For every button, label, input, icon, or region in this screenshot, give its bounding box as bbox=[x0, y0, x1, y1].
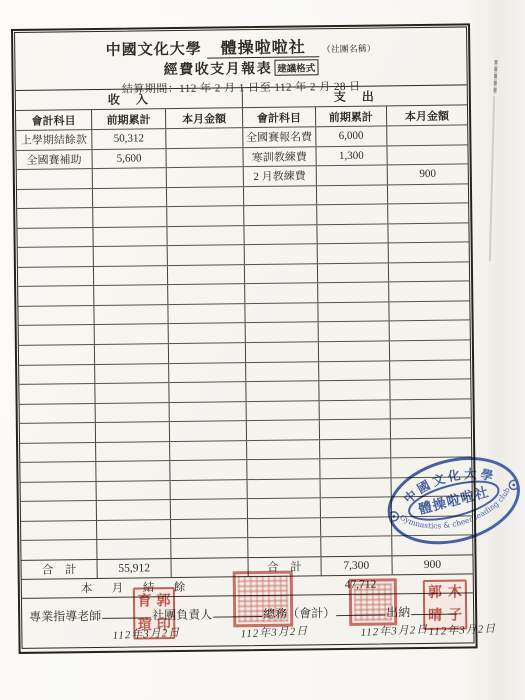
table-cell: 寒訓教練費 bbox=[242, 147, 315, 166]
table-cell bbox=[169, 421, 246, 440]
table-cell bbox=[169, 402, 246, 421]
table-cell bbox=[390, 419, 472, 439]
table-cell bbox=[167, 285, 244, 304]
table-cell bbox=[170, 500, 247, 519]
table-cell bbox=[389, 380, 471, 400]
table-cell bbox=[245, 342, 318, 361]
table-cell bbox=[317, 322, 388, 341]
table-cell bbox=[317, 283, 388, 302]
table-cell bbox=[388, 321, 470, 341]
table-cell bbox=[319, 420, 390, 439]
table-cell bbox=[316, 205, 387, 224]
expense-section-header: 支 出 bbox=[242, 85, 467, 107]
table-cell bbox=[246, 460, 319, 479]
table-cell bbox=[316, 244, 387, 263]
table-cell bbox=[388, 262, 470, 282]
table-cell bbox=[94, 325, 168, 344]
table-cell bbox=[166, 187, 243, 206]
table-cell bbox=[389, 360, 471, 380]
table-cell bbox=[388, 301, 470, 321]
table-cell bbox=[387, 223, 469, 243]
seal-char: 瑄 bbox=[135, 617, 154, 634]
table-cell bbox=[94, 344, 168, 363]
table-cell bbox=[19, 325, 94, 344]
table-cell bbox=[166, 206, 243, 225]
table-cell bbox=[167, 304, 244, 323]
table-cell bbox=[246, 479, 319, 498]
table-cell bbox=[18, 247, 93, 266]
table-cell: 1,300 bbox=[315, 146, 386, 165]
table-cell bbox=[93, 305, 167, 324]
table-cell bbox=[245, 401, 318, 420]
table-cell bbox=[320, 537, 391, 556]
table-cell bbox=[166, 148, 243, 167]
table-cell bbox=[168, 343, 245, 362]
table-cell bbox=[19, 365, 94, 384]
table-cell: 上學期結餘款 bbox=[16, 130, 91, 149]
table-cell bbox=[243, 225, 316, 244]
table-cell bbox=[320, 517, 391, 536]
income-total-prev: 55,912 bbox=[96, 559, 170, 578]
table-cell bbox=[93, 285, 167, 304]
club-name-note: （社團名稱） bbox=[322, 44, 376, 55]
income-col-item: 會計科目 bbox=[16, 110, 91, 130]
table-cell: 900 bbox=[386, 165, 468, 185]
table-cell bbox=[317, 302, 388, 321]
expense-col-item: 會計科目 bbox=[242, 107, 315, 127]
table-cell bbox=[388, 282, 470, 302]
table-cell bbox=[245, 381, 318, 400]
table-cell bbox=[96, 520, 170, 539]
table-cell bbox=[95, 481, 169, 500]
leader-square-seal bbox=[233, 571, 294, 628]
table-cell bbox=[247, 518, 320, 537]
table-cell bbox=[315, 166, 386, 185]
seal-pattern bbox=[238, 576, 289, 623]
table-cell bbox=[18, 306, 93, 325]
table-cell: 2 月教練費 bbox=[243, 166, 316, 185]
table-cell bbox=[20, 423, 95, 442]
accountant-square-seal bbox=[349, 578, 398, 626]
table-cell bbox=[165, 128, 242, 147]
table-cell bbox=[247, 499, 320, 518]
table-cell bbox=[319, 439, 390, 458]
table-cell bbox=[95, 461, 169, 480]
table-cell bbox=[244, 264, 317, 283]
table-cell bbox=[169, 460, 246, 479]
table-cell bbox=[170, 480, 247, 499]
seal-char: 子 bbox=[445, 608, 465, 625]
club-name: 體操啦啦社 bbox=[208, 39, 319, 58]
table-cell bbox=[168, 363, 245, 382]
table-cell bbox=[245, 323, 318, 342]
seal-char: 晴 bbox=[425, 608, 445, 625]
advisor-label: 專業指導老師 bbox=[29, 607, 101, 625]
income-total-label: 合 計 bbox=[21, 560, 96, 579]
table-cell bbox=[17, 169, 92, 188]
table-cell bbox=[95, 422, 169, 441]
expense-col-month: 本月金額 bbox=[386, 105, 468, 125]
table-cell bbox=[246, 440, 319, 459]
table-cell bbox=[316, 224, 387, 243]
table-cell bbox=[245, 362, 318, 381]
seal-char: 木 bbox=[445, 585, 465, 602]
table-cell bbox=[167, 226, 244, 245]
table-cell bbox=[243, 186, 316, 205]
table-cell bbox=[246, 420, 319, 439]
income-section-header: 收 入 bbox=[16, 88, 242, 110]
table-cell bbox=[17, 228, 92, 247]
table-cell bbox=[20, 443, 95, 462]
table-cell bbox=[387, 204, 469, 224]
seal-char: 郭 bbox=[154, 593, 173, 610]
table-cell bbox=[94, 383, 168, 402]
cashier-name-seal: 郭 木 晴 子 bbox=[423, 579, 468, 630]
table-cell bbox=[318, 400, 389, 419]
table-cell bbox=[167, 245, 244, 264]
table-cell bbox=[244, 303, 317, 322]
table-cell bbox=[17, 208, 92, 227]
table-cell bbox=[20, 404, 95, 423]
table-cell bbox=[386, 145, 468, 165]
table-cell bbox=[317, 263, 388, 282]
seal-char: 印 bbox=[154, 617, 173, 634]
seal-char: 育 bbox=[135, 593, 154, 610]
expense-col-prev: 前期累計 bbox=[315, 106, 386, 126]
table-cell bbox=[21, 501, 96, 520]
table-cell bbox=[170, 539, 247, 558]
expense-total-prev: 7,300 bbox=[320, 556, 391, 575]
advisor-name-seal: 育 郭 瑄 印 bbox=[133, 587, 176, 640]
table-cell bbox=[168, 324, 245, 343]
table-cell bbox=[387, 243, 469, 263]
table-cell bbox=[93, 246, 167, 265]
table-cell bbox=[243, 205, 316, 224]
form-header: 中國文化大學體操啦啦社（社團名稱） 經費收支月報表建議格式 結算期間：112 年… bbox=[15, 27, 467, 91]
table-cell bbox=[17, 189, 92, 208]
table-cell bbox=[170, 519, 247, 538]
table-cell bbox=[386, 125, 468, 145]
table-cell bbox=[244, 245, 317, 264]
table-cell bbox=[168, 382, 245, 401]
table-cell bbox=[387, 184, 469, 204]
table-cell bbox=[18, 267, 93, 286]
table-cell: 全國賽報名費 bbox=[242, 127, 315, 146]
paper-crease-line bbox=[489, 96, 495, 261]
table-cell: 50,312 bbox=[91, 129, 165, 148]
table-cell bbox=[318, 341, 389, 360]
table-cell bbox=[94, 364, 168, 383]
table-cell bbox=[389, 340, 471, 360]
table-cell bbox=[389, 399, 471, 419]
table-cell: 5,600 bbox=[91, 149, 165, 168]
report-form-inner: 中國文化大學體操啦啦社（社團名稱） 經費收支月報表建議格式 結算期間：112 年… bbox=[14, 26, 475, 648]
table-cell bbox=[167, 265, 244, 284]
table-cell bbox=[166, 167, 243, 186]
table-cell bbox=[18, 286, 93, 305]
table-cell bbox=[19, 384, 94, 403]
table-cell bbox=[92, 188, 166, 207]
table-cell bbox=[169, 441, 246, 460]
table-cell bbox=[19, 345, 94, 364]
document-title: 經費收支月報表 bbox=[164, 62, 273, 78]
format-tag: 建議格式 bbox=[274, 59, 318, 76]
seal-pattern bbox=[354, 583, 392, 620]
table-cell bbox=[92, 168, 166, 187]
table-cell bbox=[96, 540, 170, 559]
university-name: 中國文化大學 bbox=[106, 42, 202, 59]
table-cell bbox=[92, 227, 166, 246]
table-cell bbox=[93, 266, 167, 285]
table-cell bbox=[20, 462, 95, 481]
table-cell bbox=[96, 500, 170, 519]
table-cell bbox=[318, 381, 389, 400]
table-cell bbox=[92, 207, 166, 226]
seal-char: 郭 bbox=[425, 585, 445, 602]
table-cell bbox=[21, 482, 96, 501]
table-cell bbox=[21, 521, 96, 540]
table-cell: 全國賽補助 bbox=[16, 150, 91, 169]
report-form: 中國文化大學體操啦啦社（社團名稱） 經費收支月報表建議格式 結算期間：112 年… bbox=[11, 23, 478, 654]
table-cell bbox=[247, 538, 320, 557]
table-cell bbox=[244, 284, 317, 303]
table-cell bbox=[21, 540, 96, 559]
income-col-month: 本月金額 bbox=[165, 108, 242, 128]
income-col-prev: 前期累計 bbox=[91, 109, 165, 129]
table-cell bbox=[95, 442, 169, 461]
table-cell bbox=[316, 185, 387, 204]
table-cell bbox=[318, 361, 389, 380]
scanned-financial-report: { "header": { "university": "中國文化大學", "c… bbox=[0, 0, 525, 700]
table-cell bbox=[95, 403, 169, 422]
paper-edge-mark bbox=[493, 60, 497, 94]
table-cell: 6,000 bbox=[315, 126, 386, 145]
